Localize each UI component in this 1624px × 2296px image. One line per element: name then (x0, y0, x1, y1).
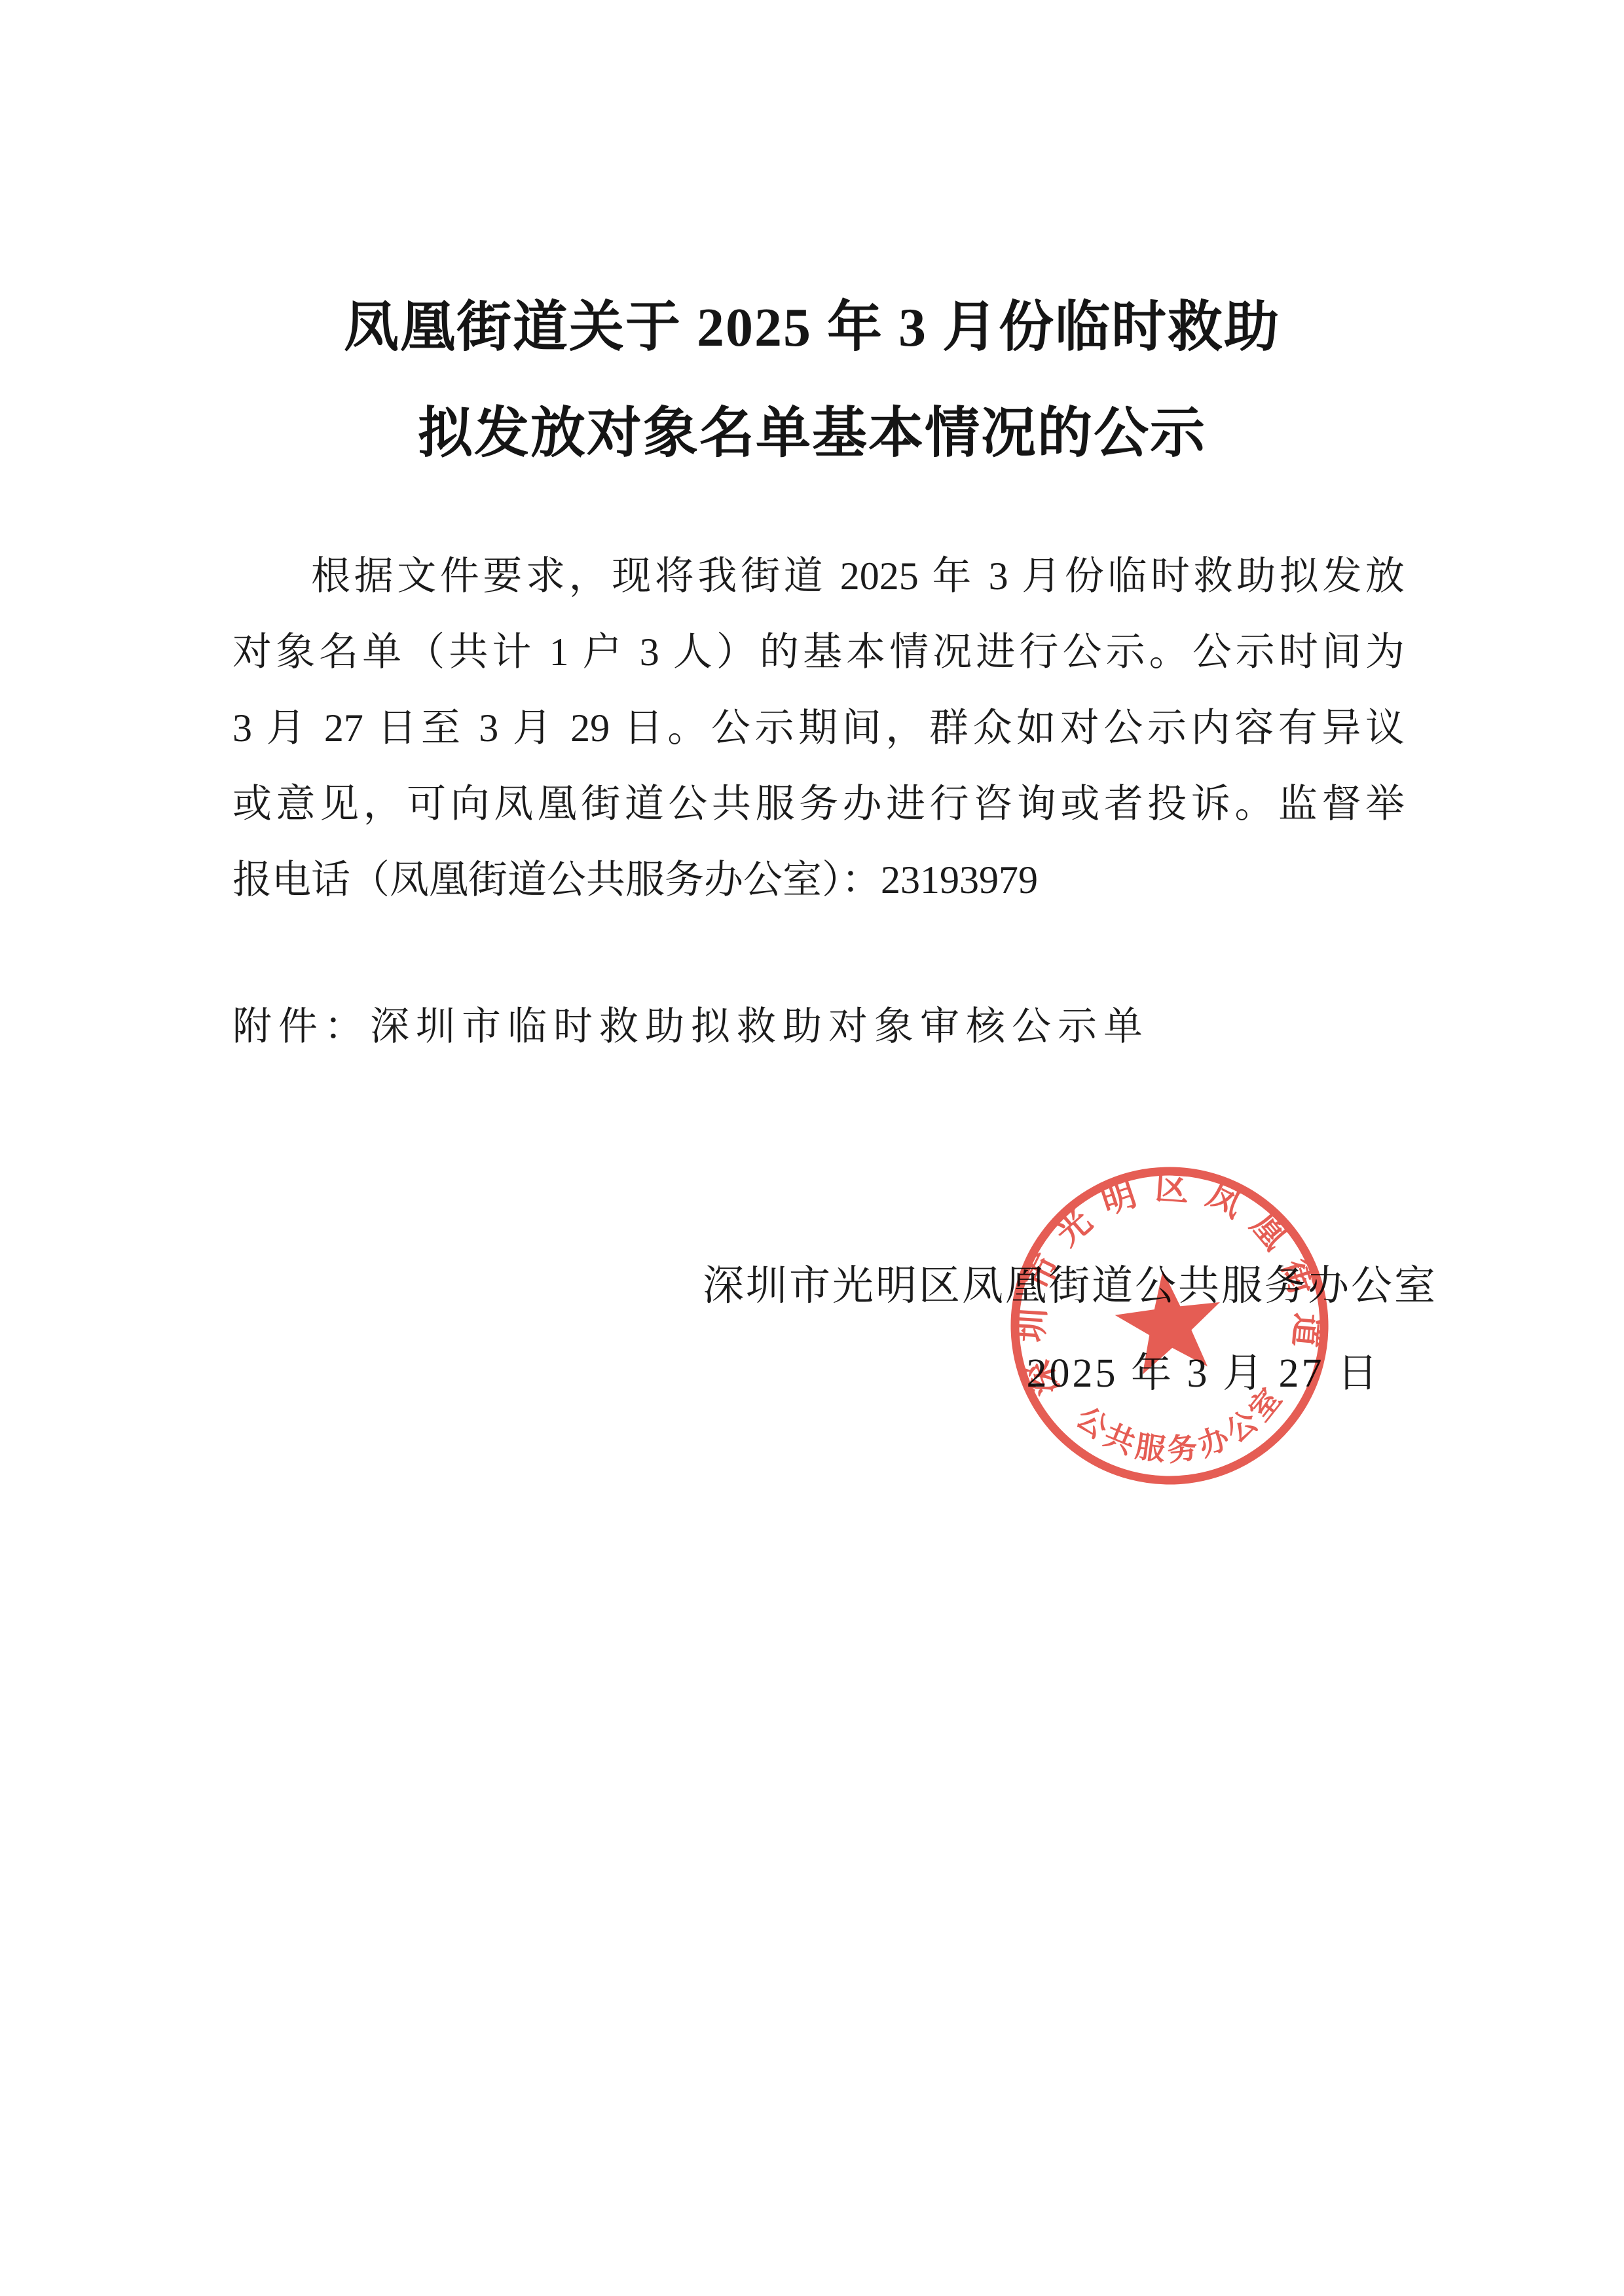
document-title: 凤凰街道关于 2025 年 3 月份临时救助 拟发放对象名单基本情况的公示 (0, 275, 1624, 487)
red-star-icon (1110, 1264, 1227, 1377)
body-line: 3 月 27 日至 3 月 29 日。公示期间，群众如对公示内容有异议 (232, 690, 1405, 766)
attachment-line: 附件：深圳市临时救助拟救助对象审核公示单 (232, 989, 1405, 1065)
body-line-hotline: 报电话（凤凰街道公共服务办公室）：23193979 (232, 842, 1405, 918)
body-line: 对象名单（共计 1 户 3 人）的基本情况进行公示。公示时间为 (232, 614, 1405, 690)
title-line-1: 凤凰街道关于 2025 年 3 月份临时救助 (0, 275, 1624, 381)
body-paragraph: 根据文件要求，现将我街道 2025 年 3 月份临时救助拟发放 对象名单（共计 … (232, 538, 1405, 918)
body-line: 根据文件要求，现将我街道 2025 年 3 月份临时救助拟发放 (232, 538, 1405, 614)
official-seal: 深圳市光明区凤凰街道 公共服务办公室 (987, 1143, 1352, 1508)
document-page: 凤凰街道关于 2025 年 3 月份临时救助 拟发放对象名单基本情况的公示 根据… (0, 0, 1624, 2296)
title-line-2: 拟发放对象名单基本情况的公示 (0, 381, 1624, 487)
body-line: 或意见，可向凤凰街道公共服务办进行咨询或者投诉。监督举 (232, 766, 1405, 842)
